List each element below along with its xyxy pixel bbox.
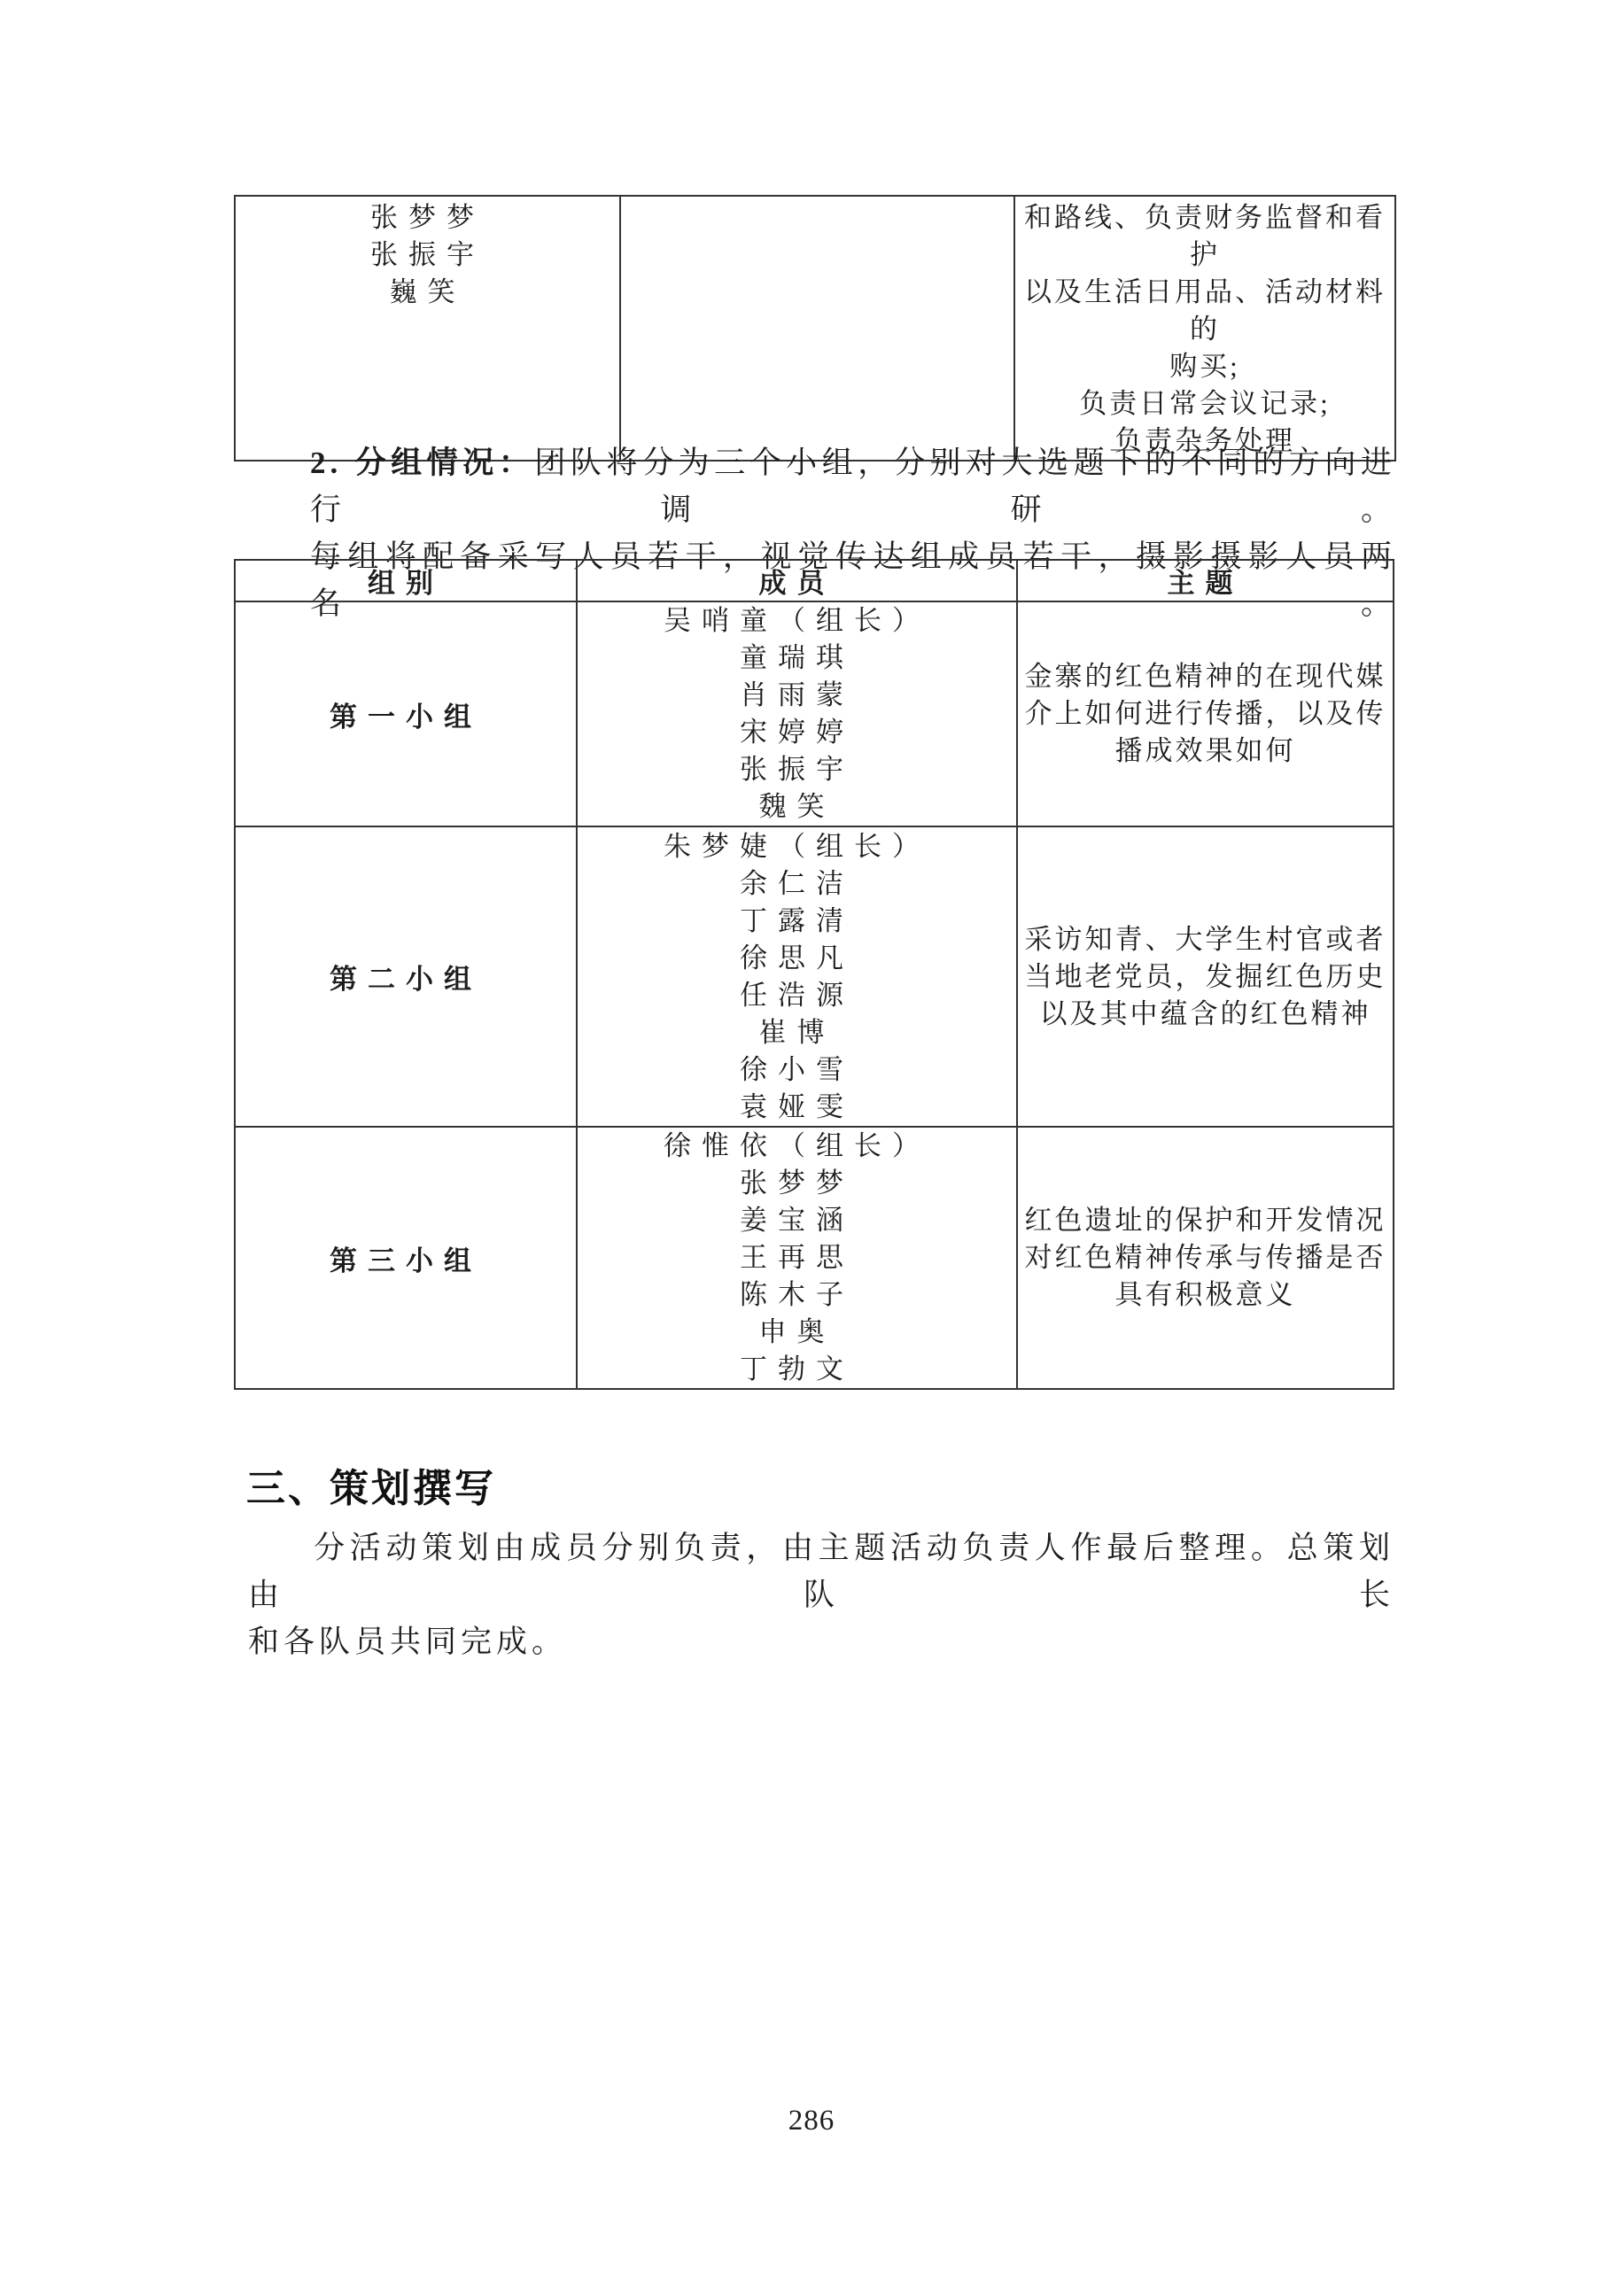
group-3-label: 第三小组	[235, 1127, 577, 1389]
plan-line-1: 分活动策划由成员分别负责，由主题活动负责人作最后整理。总策划由队长	[248, 1524, 1394, 1618]
page-number: 286	[0, 2105, 1623, 2137]
group-3-members: 徐惟依（组长） 张梦梦 姜宝涵 王再思 陈木子 申奥 丁勃文	[577, 1127, 1017, 1389]
document-page: 张梦梦 张振宇 巍笑 和路线、负责财务监督和看护 以及生活日用品、活动材料的 购…	[0, 0, 1623, 2296]
carryover-duties-cell: 和路线、负责财务监督和看护 以及生活日用品、活动材料的 购买; 负责日常会议记录…	[1014, 196, 1395, 461]
section-heading: 三、策划撰写	[246, 1456, 496, 1513]
grouping-line-1: 2. 分组情况：团队将分为三个小组，分别对大选题下的不同的方向进行调研。	[310, 439, 1396, 533]
carryover-table-row: 张梦梦 张振宇 巍笑 和路线、负责财务监督和看护 以及生活日用品、活动材料的 购…	[235, 196, 1395, 461]
table-row-group-3: 第三小组 徐惟依（组长） 张梦梦 姜宝涵 王再思 陈木子 申奥 丁勃文 红色遗址…	[235, 1127, 1394, 1389]
header-members: 成员	[577, 560, 1017, 601]
group-3-theme: 红色遗址的保护和开发情况 对红色精神传承与传播是否 具有积极意义	[1017, 1127, 1394, 1389]
group-2-theme: 采访知青、大学生村官或者 当地老党员，发掘红色历史 以及其中蕴含的红色精神	[1017, 826, 1394, 1127]
grouping-lead: 2. 分组情况：	[310, 446, 534, 480]
carryover-middle-cell	[620, 196, 1014, 461]
groups-table: 组别 成员 主题 第一小组 吴哨童（组长） 童瑞琪 肖雨蒙 宋婷婷 张振宇 魏笑…	[234, 559, 1394, 1390]
groups-table-header-row: 组别 成员 主题	[235, 560, 1394, 601]
plan-paragraph: 分活动策划由成员分别负责，由主题活动负责人作最后整理。总策划由队长 和各队员共同…	[248, 1524, 1394, 1665]
carryover-table: 张梦梦 张振宇 巍笑 和路线、负责财务监督和看护 以及生活日用品、活动材料的 购…	[234, 195, 1396, 462]
group-2-members: 朱梦婕（组长） 余仁洁 丁露清 徐思凡 任浩源 崔博 徐小雪 袁娅雯	[577, 826, 1017, 1127]
header-group: 组别	[235, 560, 577, 601]
group-1-members: 吴哨童（组长） 童瑞琪 肖雨蒙 宋婷婷 张振宇 魏笑	[577, 601, 1017, 826]
group-1-theme: 金寨的红色精神的在现代媒 介上如何进行传播，以及传 播成效果如何	[1017, 601, 1394, 826]
carryover-members-cell: 张梦梦 张振宇 巍笑	[235, 196, 620, 461]
header-theme: 主题	[1017, 560, 1394, 601]
table-row-group-1: 第一小组 吴哨童（组长） 童瑞琪 肖雨蒙 宋婷婷 张振宇 魏笑 金寨的红色精神的…	[235, 601, 1394, 826]
plan-line-2: 和各队员共同完成。	[248, 1618, 1394, 1665]
group-2-label: 第二小组	[235, 826, 577, 1127]
table-row-group-2: 第二小组 朱梦婕（组长） 余仁洁 丁露清 徐思凡 任浩源 崔博 徐小雪 袁娅雯 …	[235, 826, 1394, 1127]
group-1-label: 第一小组	[235, 601, 577, 826]
